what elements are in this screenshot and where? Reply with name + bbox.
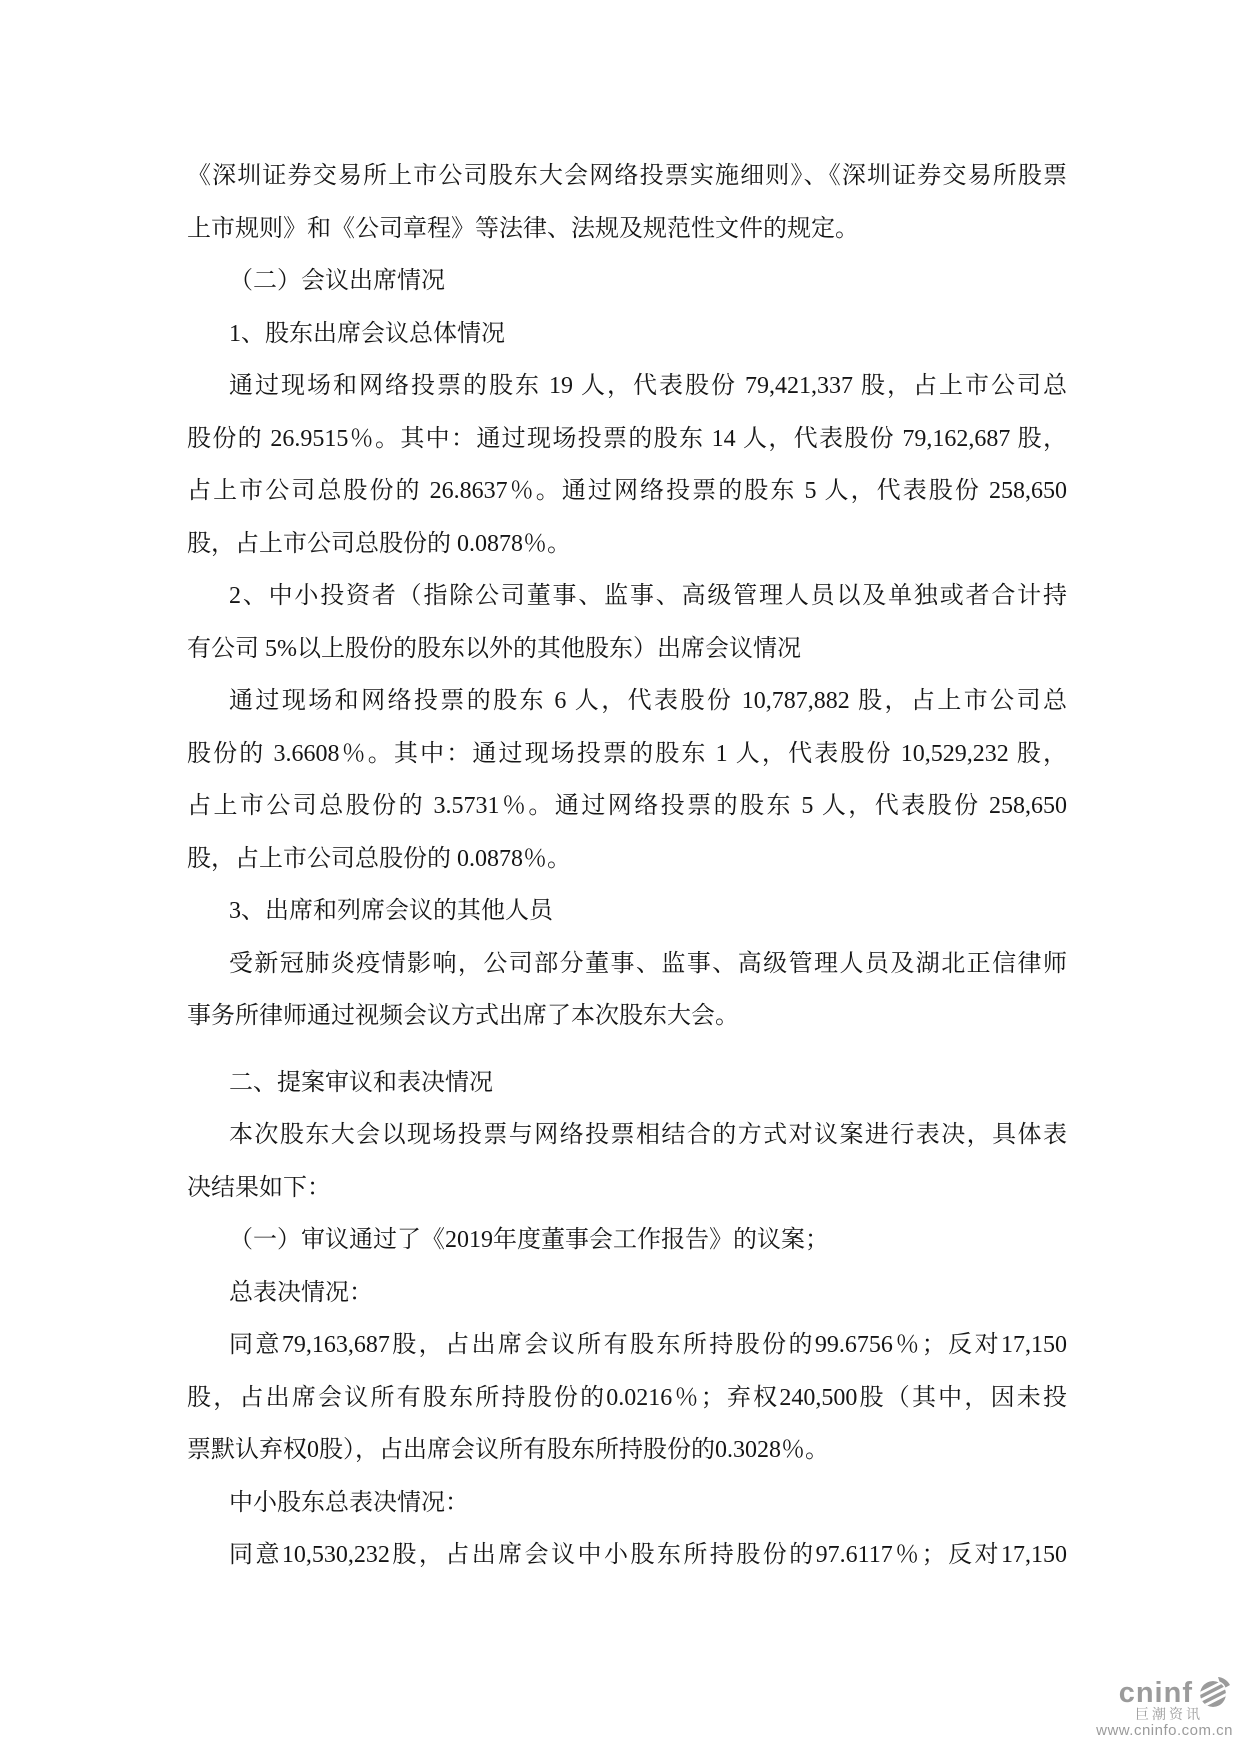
text-line: 3、出席和列席会议的其他人员 <box>187 885 1067 938</box>
text-line: 股，占上市公司总股份的 0.0878％。 <box>187 833 1067 886</box>
text-line: 股份的 3.6608％。其中：通过现场投票的股东 1 人，代表股份 10,529… <box>187 728 1067 781</box>
text-line: 总表决情况： <box>187 1267 1067 1320</box>
text-line: 受新冠肺炎疫情影响，公司部分董事、监事、高级管理人员及湖北正信律师 <box>187 938 1067 991</box>
text-line: 有公司 5%以上股份的股东以外的其他股东）出席会议情况 <box>187 623 1067 676</box>
cninfo-logo: cninf 巨 <box>1096 1676 1233 1739</box>
text-line: 同意79,163,687股，占出席会议所有股东所持股份的99.6756％；反对1… <box>187 1319 1067 1372</box>
text-line: （二）会议出席情况 <box>187 255 1067 308</box>
text-line: 事务所律师通过视频会议方式出席了本次股东大会。 <box>187 990 1067 1043</box>
text-line: 二、提案审议和表决情况 <box>187 1057 1067 1110</box>
text-line: 同意10,530,232股，占出席会议中小股东所持股份的97.6117％；反对1… <box>187 1529 1067 1582</box>
document-body: 《深圳证券交易所上市公司股东大会网络投票实施细则》、《深圳证券交易所股票上市规则… <box>187 150 1067 1582</box>
text-line: 2、中小投资者（指除公司董事、监事、高级管理人员以及单独或者合计持 <box>187 570 1067 623</box>
text-line: 本次股东大会以现场投票与网络投票相结合的方式对议案进行表决，具体表 <box>187 1109 1067 1162</box>
text-line: 股，占上市公司总股份的 0.0878％。 <box>187 518 1067 571</box>
cninfo-brand-text: cninf <box>1119 1678 1193 1708</box>
text-line: 股份的 26.9515％。其中：通过现场投票的股东 14 人，代表股份 79,1… <box>187 413 1067 466</box>
text-line: 通过现场和网络投票的股东 19 人，代表股份 79,421,337 股，占上市公… <box>187 360 1067 413</box>
document-page: 《深圳证券交易所上市公司股东大会网络投票实施细则》、《深圳证券交易所股票上市规则… <box>0 0 1241 1755</box>
text-line: 通过现场和网络投票的股东 6 人，代表股份 10,787,882 股，占上市公司… <box>187 675 1067 728</box>
text-line: 上市规则》和《公司章程》等法律、法规及规范性文件的规定。 <box>187 203 1067 256</box>
text-line: 《深圳证券交易所上市公司股东大会网络投票实施细则》、《深圳证券交易所股票 <box>187 150 1067 203</box>
text-line: （一）审议通过了《2019年度董事会工作报告》的议案； <box>187 1214 1067 1267</box>
text-line: 票默认弃权0股），占出席会议所有股东所持股份的0.3028％。 <box>187 1424 1067 1477</box>
text-line: 占上市公司总股份的 3.5731％。通过网络投票的股东 5 人，代表股份 258… <box>187 780 1067 833</box>
cninfo-url: www.cninfo.com.cn <box>1096 1723 1233 1739</box>
cninfo-brand-cn: 巨潮资讯 <box>1135 1707 1203 1722</box>
text-line: 决结果如下： <box>187 1162 1067 1215</box>
text-line: 1、股东出席会议总体情况 <box>187 308 1067 361</box>
text-line: 股，占出席会议所有股东所持股份的0.0216％；弃权240,500股（其中，因未… <box>187 1372 1067 1425</box>
globe-swirl-icon <box>1197 1676 1233 1709</box>
cninfo-logo-row: cninf <box>1119 1676 1233 1709</box>
text-line: 中小股东总表决情况： <box>187 1477 1067 1530</box>
text-line: 占上市公司总股份的 26.8637％。通过网络投票的股东 5 人，代表股份 25… <box>187 465 1067 518</box>
